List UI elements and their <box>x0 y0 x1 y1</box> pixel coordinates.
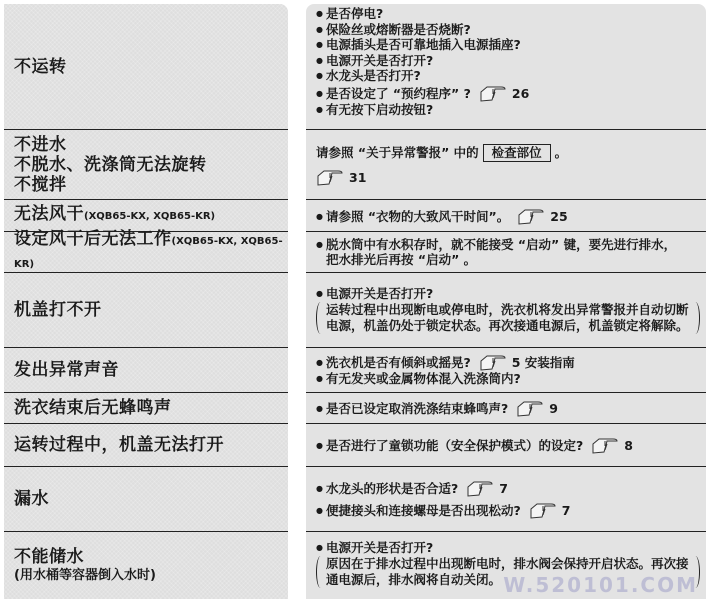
check-item: 水龙头是否打开? <box>316 68 700 84</box>
check-item: 洗衣机是否有倾斜或摇晃? <box>326 355 471 370</box>
check-item: 有无按下启动按钮? <box>316 102 700 118</box>
symptom: 洗衣结束后无蜂鸣声 <box>14 398 288 418</box>
pointing-hand-icon <box>516 399 546 417</box>
check-row: 是否停电? 保险丝或熔断器是否烧断? 电源插头是否可靠地插入电源插座? 电源开关… <box>306 4 706 130</box>
check-row: 是否已设定取消洗涤结束蜂鸣声?9 <box>306 393 706 424</box>
check-item-cont: 把水排光后再按 “启动” 。 <box>316 252 700 268</box>
symptom: 漏水 <box>14 489 288 509</box>
symptom: 发出异常声音 <box>14 360 288 380</box>
pointing-hand-icon <box>517 207 547 225</box>
check-row: 请参照 “衣物的大致风干时间”。25 <box>306 200 706 232</box>
symptom: 无法风干 <box>14 204 84 224</box>
page-ref: 5 安装指南 <box>512 355 575 370</box>
page-ref: 8 <box>624 438 633 453</box>
period: 。 <box>555 145 568 160</box>
check-item: 保险丝或熔断器是否烧断? <box>316 22 700 38</box>
pointing-hand-icon <box>479 353 509 371</box>
symptom: 设定风干后无法工作 <box>14 229 172 249</box>
check-item: 脱水筒中有水积存时，就不能接受 “启动” 键，要先进行排水， <box>316 237 700 253</box>
symptom-row: 设定风干后无法工作(XQB65-KX, XQB65-KR) <box>4 232 288 273</box>
model-note: (XQB65-KX, XQB65-KR) <box>84 211 215 222</box>
page-ref: 26 <box>512 86 529 101</box>
symptom-row: 不运转 <box>4 4 288 130</box>
symptom: 不脱水、洗涤筒无法旋转 <box>14 155 288 175</box>
page-ref: 7 <box>499 481 508 496</box>
check-item: 便捷接头和连接螺母是否出现松动? <box>326 503 521 518</box>
check-item: 是否停电? <box>316 6 700 22</box>
check-item: 电源开关是否打开? <box>316 286 700 302</box>
symptom-row: 运转过程中，机盖无法打开 <box>4 424 288 467</box>
check-text: 请参照 “关于异常警报” 中的 <box>316 145 479 160</box>
page-ref: 25 <box>550 209 567 224</box>
check-item: 请参照 “衣物的大致风干时间”。 <box>326 209 509 224</box>
symptom: 运转过程中，机盖无法打开 <box>14 435 288 455</box>
symptom-column: 不运转 不进水 不脱水、洗涤筒无法旋转 不搅拌 无法风干(XQB65-KX, X… <box>4 4 288 599</box>
check-item: 电源插头是否可靠地插入电源插座? <box>316 37 700 53</box>
boxed-label: 检查部位 <box>483 144 551 162</box>
check-item: 是否设定了 “预约程序” ? <box>326 86 471 101</box>
symptom-row: 漏水 <box>4 467 288 532</box>
symptom-row: 发出异常声音 <box>4 348 288 393</box>
check-item: 电源开关是否打开? <box>316 53 700 69</box>
symptom-row: 机盖打不开 <box>4 273 288 348</box>
symptom-row: 不进水 不脱水、洗涤筒无法旋转 不搅拌 <box>4 130 288 200</box>
check-row: 脱水筒中有水积存时，就不能接受 “启动” 键，要先进行排水， 把水排光后再按 “… <box>306 232 706 273</box>
symptom-row: 洗衣结束后无蜂鸣声 <box>4 393 288 424</box>
pointing-hand-icon <box>466 479 496 497</box>
page-ref: 7 <box>562 503 571 518</box>
check-row: 请参照 “关于异常警报” 中的检查部位。 31 <box>306 130 706 200</box>
note: 运转过程中出现断电或停电时，洗衣机将发出异常警报并自动切断电源，机盖仍处于锁定状… <box>316 302 700 334</box>
pointing-hand-icon <box>591 436 621 454</box>
check-row: 是否进行了童锁功能（安全保护模式）的设定?8 <box>306 424 706 467</box>
symptom-row: 不能储水 (用水桶等容器倒入水时) <box>4 532 288 599</box>
pointing-hand-icon <box>529 501 559 519</box>
check-row: 电源开关是否打开? 运转过程中出现断电或停电时，洗衣机将发出异常警报并自动切断电… <box>306 273 706 348</box>
watermark: W.520101.COM <box>503 573 698 597</box>
check-item: 电源开关是否打开? <box>316 540 700 556</box>
symptom: 不运转 <box>14 57 288 77</box>
check-column: 是否停电? 保险丝或熔断器是否烧断? 电源插头是否可靠地插入电源插座? 电源开关… <box>306 4 706 599</box>
symptom: 机盖打不开 <box>14 300 288 320</box>
check-item: 有无发夹或金属物体混入洗涤筒内? <box>316 371 700 387</box>
symptom-sub: (用水桶等容器倒入水时) <box>14 567 288 585</box>
pointing-hand-icon <box>479 84 509 102</box>
check-item: 是否已设定取消洗涤结束蜂鸣声? <box>326 401 508 416</box>
symptom-row: 无法风干(XQB65-KX, XQB65-KR) <box>4 200 288 232</box>
page-ref: 31 <box>349 170 366 185</box>
symptom: 不能储水 <box>14 547 288 567</box>
symptom: 不搅拌 <box>14 175 288 195</box>
check-item: 是否进行了童锁功能（安全保护模式）的设定? <box>326 438 583 453</box>
symptom: 不进水 <box>14 135 288 155</box>
check-item: 水龙头的形状是否合适? <box>326 481 458 496</box>
check-row: 洗衣机是否有倾斜或摇晃?5 安装指南 有无发夹或金属物体混入洗涤筒内? <box>306 348 706 393</box>
page-ref: 9 <box>549 401 558 416</box>
pointing-hand-icon <box>316 168 346 186</box>
check-row: 水龙头的形状是否合适?7 便捷接头和连接螺母是否出现松动?7 <box>306 467 706 532</box>
